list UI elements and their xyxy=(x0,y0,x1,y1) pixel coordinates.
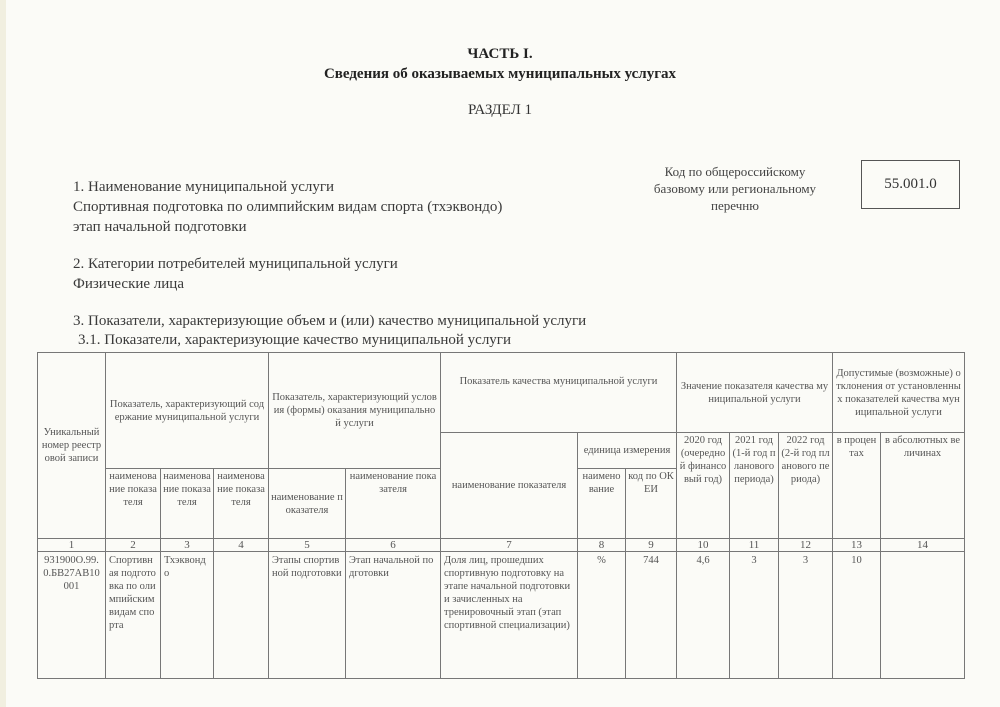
cell-deviation-percent: 10 xyxy=(833,552,881,679)
cell-content-3 xyxy=(214,552,269,679)
column-number: 3 xyxy=(161,539,214,552)
code-value: 55.001.0 xyxy=(884,176,937,193)
column-number-row: 1 2 3 4 5 6 7 8 9 10 11 12 13 14 xyxy=(38,539,965,552)
cell-quality-name: Доля лиц, прошедших спортивную подготовк… xyxy=(441,552,578,679)
section-title: РАЗДЕЛ 1 xyxy=(0,102,1000,119)
cell-content-2: Тхэквондо xyxy=(161,552,214,679)
header-unique-number: Уникальный номер реестровой записи xyxy=(38,353,106,539)
header-unit-code: код по ОКЕИ xyxy=(626,469,677,539)
consumer-category-value: Физические лица xyxy=(73,276,184,293)
part-subtitle: Сведения об оказываемых муниципальных ус… xyxy=(0,66,1000,83)
cell-unique-number: 931900О.99.0.БВ27АВ10001 xyxy=(38,552,106,679)
column-number: 8 xyxy=(578,539,626,552)
header-unit: единица измерения xyxy=(578,433,677,469)
column-number: 14 xyxy=(881,539,965,552)
cell-condition-1: Этапы спортивной подготовки xyxy=(269,552,346,679)
header-year-2020: 2020 год (очередной финансовый год) xyxy=(677,433,730,539)
cell-condition-2: Этап начальной подготовки xyxy=(346,552,441,679)
cell-value-2021: 3 xyxy=(730,552,779,679)
column-number: 6 xyxy=(346,539,441,552)
column-number: 7 xyxy=(441,539,578,552)
part-title: ЧАСТЬ I. xyxy=(0,46,1000,63)
header-quality-value: Значение показателя качества муниципальн… xyxy=(677,353,833,433)
header-quality-indicator-name: наименование показателя xyxy=(441,433,578,539)
header-in-percent: в процентах xyxy=(833,433,881,539)
cell-deviation-absolute xyxy=(881,552,965,679)
consumer-category-label: 2. Категории потребителей муниципальной … xyxy=(73,256,398,273)
quality-indicators-label: 3.1. Показатели, характеризующие качеств… xyxy=(78,332,511,349)
column-number: 4 xyxy=(214,539,269,552)
header-quality-indicator: Показатель качества муниципальной услуги xyxy=(441,353,677,433)
header-content-indicator: Показатель, характеризующий содержание м… xyxy=(106,353,269,469)
service-name-value-line2: этап начальной подготовки xyxy=(73,219,247,236)
header-condition-name-1: наименование показателя xyxy=(269,469,346,539)
header-year-2021: 2021 год (1-й год планового периода) xyxy=(730,433,779,539)
column-number: 2 xyxy=(106,539,161,552)
header-year-2022: 2022 год (2-й год планового периода) xyxy=(779,433,833,539)
column-number: 1 xyxy=(38,539,106,552)
column-number: 12 xyxy=(779,539,833,552)
service-name-label: 1. Наименование муниципальной услуги xyxy=(73,179,334,196)
indicators-label: 3. Показатели, характеризующие объем и (… xyxy=(73,313,586,330)
cell-value-2020: 4,6 xyxy=(677,552,730,679)
column-number: 10 xyxy=(677,539,730,552)
header-condition-name-2: наименование показателя xyxy=(346,469,441,539)
cell-value-2022: 3 xyxy=(779,552,833,679)
cell-content-1: Спортивная подготовка по олимпийским вид… xyxy=(106,552,161,679)
column-number: 13 xyxy=(833,539,881,552)
table-row: 931900О.99.0.БВ27АВ10001 Спортивная подг… xyxy=(38,552,965,679)
code-label: Код по общероссийскому базовому или реги… xyxy=(650,163,820,214)
header-conditions-indicator: Показатель, характеризующий условия (фор… xyxy=(269,353,441,469)
header-content-name-1: наименование показателя xyxy=(106,469,161,539)
column-number: 11 xyxy=(730,539,779,552)
column-number: 5 xyxy=(269,539,346,552)
quality-indicators-table: Уникальный номер реестровой записи Показ… xyxy=(37,352,965,679)
cell-unit-name: % xyxy=(578,552,626,679)
service-name-value-line1: Спортивная подготовка по олимпийским вид… xyxy=(73,199,502,216)
header-deviation: Допустимые (возможные) отклонения от уст… xyxy=(833,353,965,433)
code-value-box: 55.001.0 xyxy=(861,160,960,209)
column-number: 9 xyxy=(626,539,677,552)
header-unit-name: наименование xyxy=(578,469,626,539)
header-content-name-3: наименование показателя xyxy=(214,469,269,539)
cell-unit-code: 744 xyxy=(626,552,677,679)
header-in-absolute: в абсолютных величинах xyxy=(881,433,965,539)
header-content-name-2: наименование показателя xyxy=(161,469,214,539)
